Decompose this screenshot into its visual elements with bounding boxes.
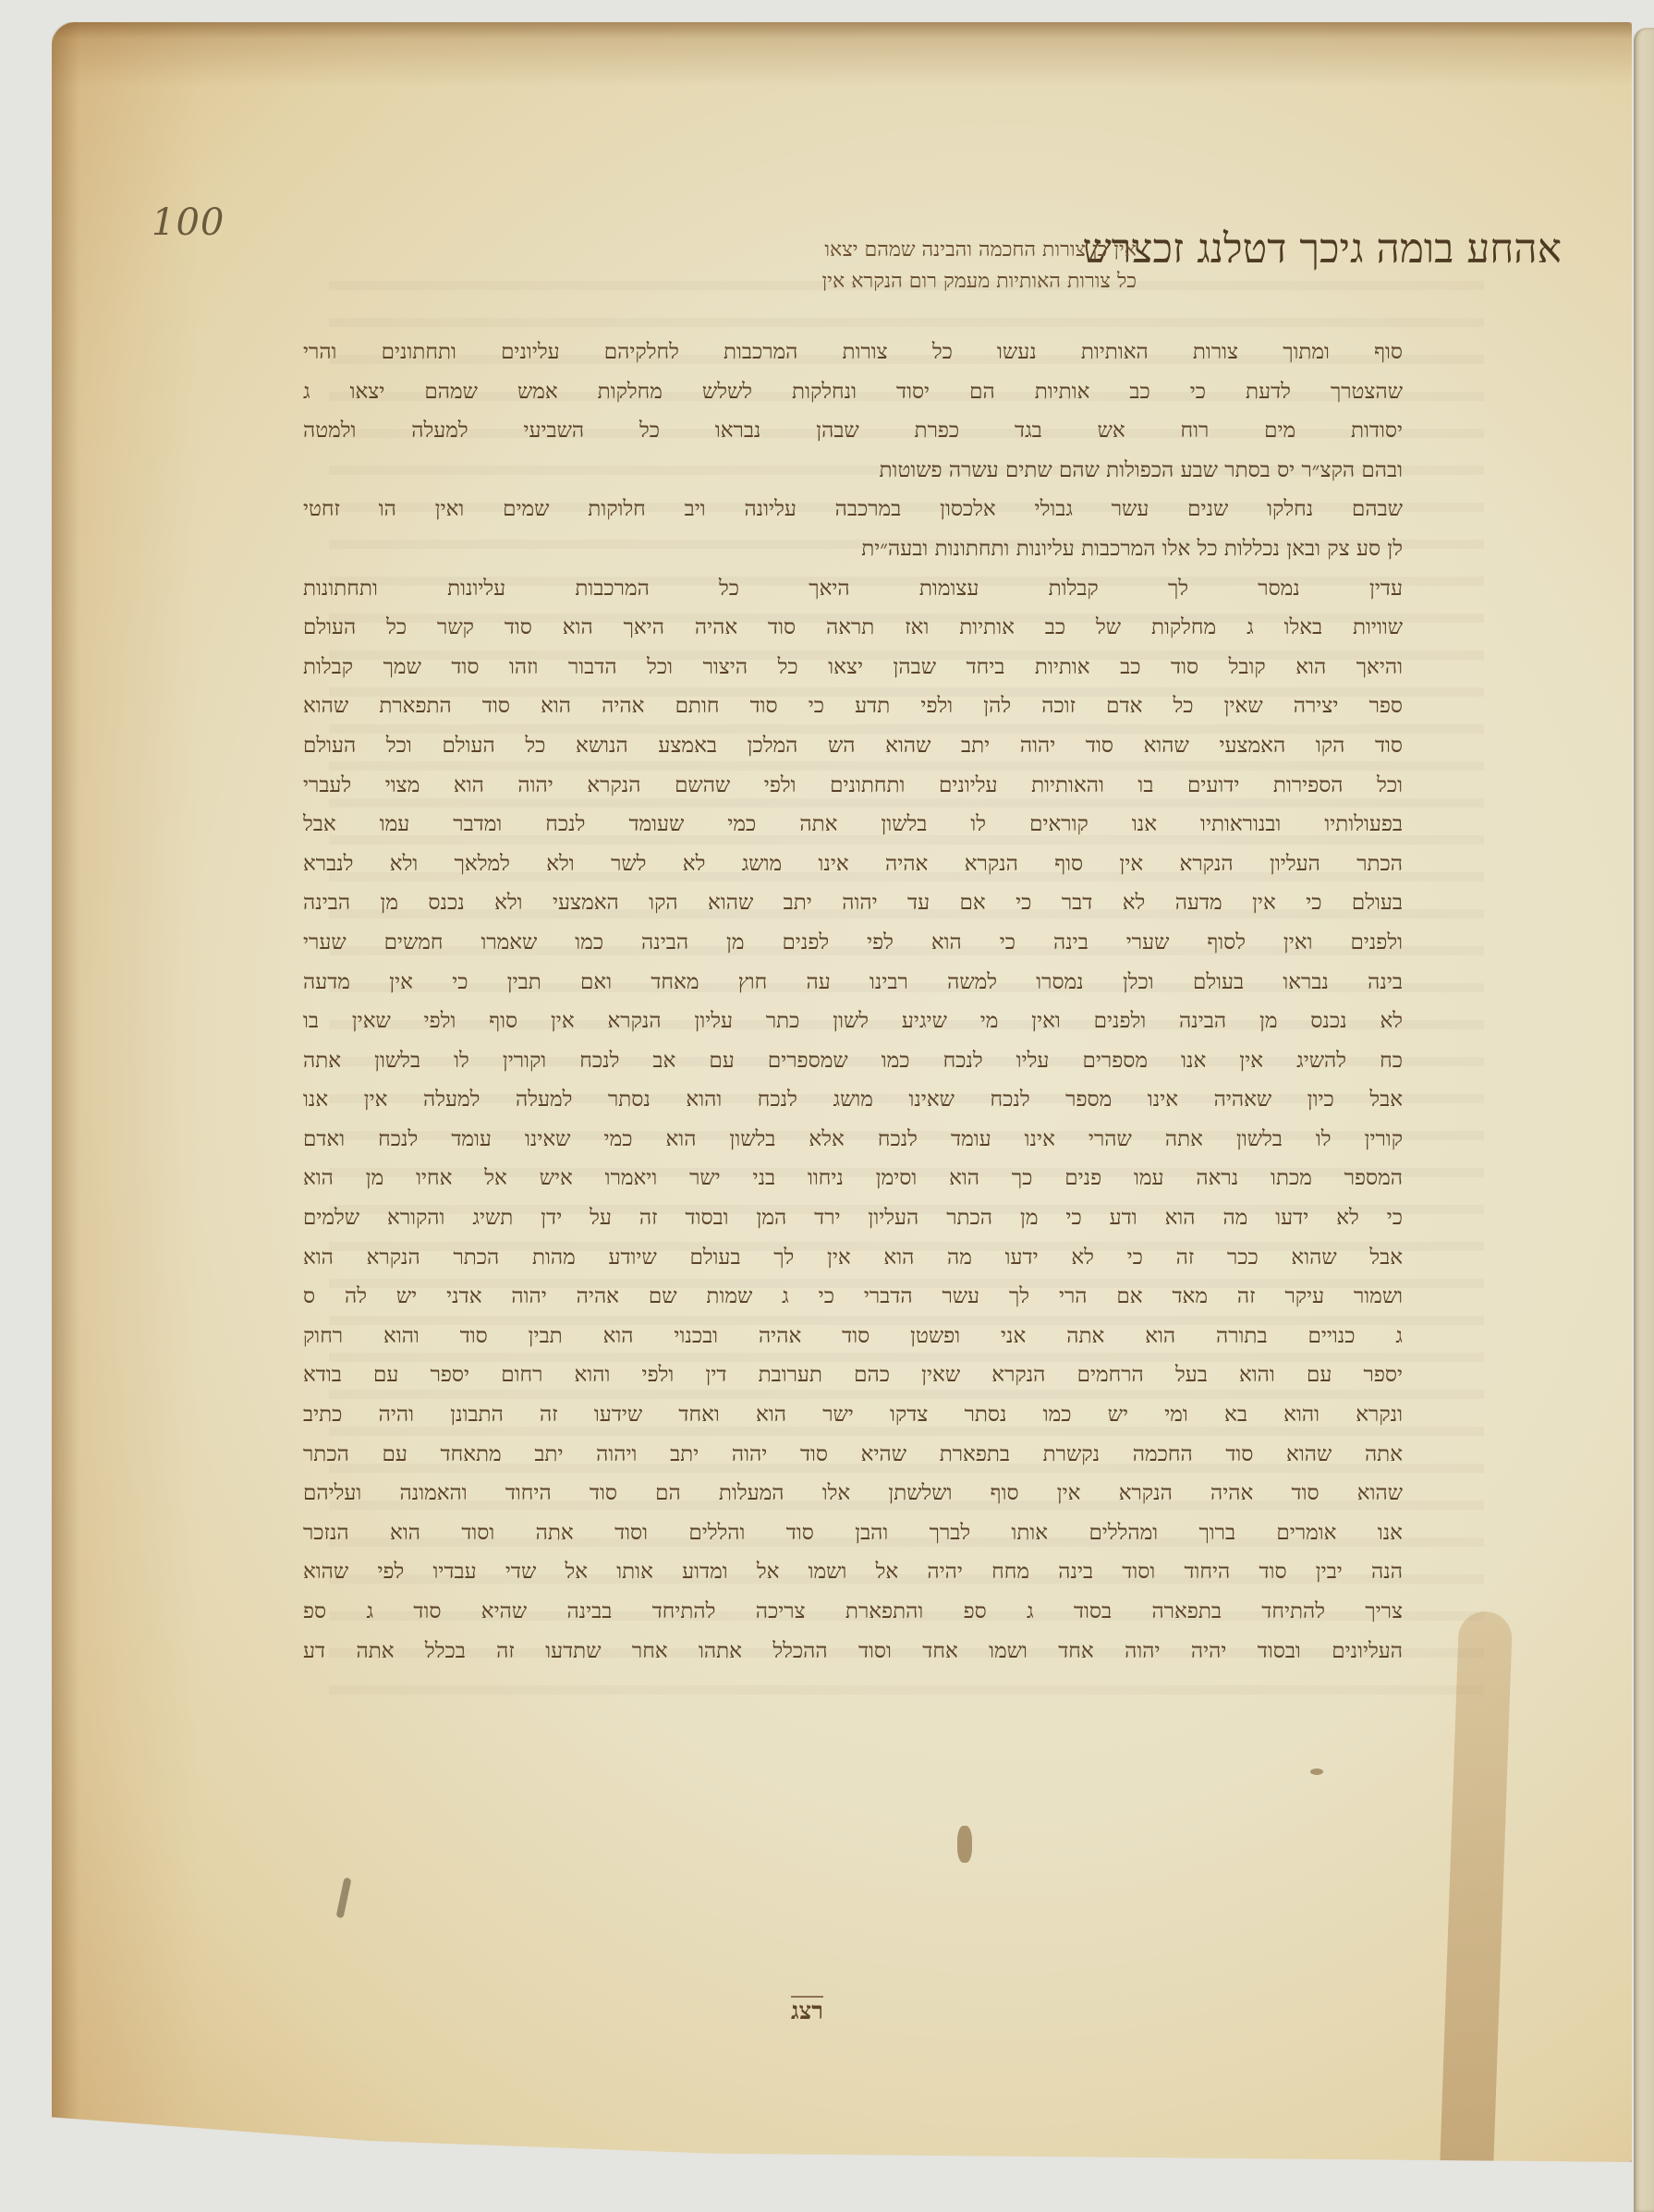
text-line: וכל הספירות ידועים בו והאותיות עליונים ו… — [303, 766, 1403, 806]
heading-row: אהחע בומה גיכך דטלנג זכצרש אין כן צורות … — [333, 222, 1636, 286]
heading-side-line: אין כן צורות החכמה והבינה שמהם יצאו — [822, 235, 1137, 266]
folio-number: 100 — [152, 201, 225, 244]
text-line: לן סע צק ובאן נכללות כל אלו המרכבות עליו… — [303, 529, 1403, 569]
text-line: ג כנויים בתורה הוא אתה אני ופשטן סוד אהי… — [303, 1317, 1403, 1356]
text-line: הכתר העליון הנקרא אין סוף הנקרא אהיה אינ… — [303, 845, 1403, 884]
text-line: אבל כיון שאהיה אינו מספר לנכח שאינו מושג… — [303, 1080, 1403, 1120]
text-line: ובהם הקצ״ר יס בסתר שבע הכפולות שהם שתים … — [303, 451, 1403, 491]
text-line: המספר מכתו נראה עמו פנים כך הוא וסימן ני… — [303, 1159, 1403, 1198]
text-line: צריך להתיחד בתפארה בסוד ג ספ והתפארת צרי… — [303, 1592, 1403, 1632]
text-line: כח להשיג אין אנו מספרים עליו לנכח כמו שמ… — [303, 1041, 1403, 1081]
main-text-block: סוף ומתוך צורות האותיות נעשו כל צורות המ… — [303, 333, 1403, 1671]
text-line: אנו אומרים ברוך ומהללים אותו לברך והבן ס… — [303, 1513, 1403, 1553]
text-line: ונקרא והוא בא ומי יש כמו נסתר צדקו ישר ה… — [303, 1395, 1403, 1435]
text-line: יסודות מים רוח אש בגד כפרת שבהן נבראו כל… — [303, 411, 1403, 451]
quire-signature: רצג — [791, 1996, 823, 2024]
text-line: יספר עם והוא בעל הרחמים הנקרא שאין כהם ת… — [303, 1355, 1403, 1395]
text-line: סוד הקו האמצעי שהוא סוד יהוה יתב שהוא הש… — [303, 726, 1403, 766]
ink-blot — [1310, 1768, 1323, 1775]
text-line: כי לא ידעו מה הוא ודע כי מן הכתר העליון … — [303, 1198, 1403, 1238]
margin-mark — [336, 1878, 352, 1919]
text-line: ושמור עיקר זה מאד אם הרי לך עשר הדברי כי… — [303, 1277, 1403, 1317]
text-line: לא נכנס מן הבינה ולפנים ואין מי שיגיע לש… — [303, 1002, 1403, 1041]
text-line: והיאך הוא קובל סוד כב אותיות ביחד שבהן י… — [303, 648, 1403, 687]
text-line: אבל שהוא ככר זה כי לא ידעו מה הוא אין לך… — [303, 1238, 1403, 1278]
text-line: ולפנים ואין לסוף שערי בינה כי הוא לפי לפ… — [303, 923, 1403, 963]
text-line: שבהם נחלקו שנים עשר גבולי אלכסון במרכבה … — [303, 490, 1403, 529]
text-line: אתה שהוא סוד החכמה נקשרת בתפארת שהיא סוד… — [303, 1435, 1403, 1475]
text-line: שהצטרך לדעת כי כב אותיות הם יסוד ונחלקות… — [303, 372, 1403, 412]
adjacent-page-edge — [1634, 28, 1654, 2212]
text-line: בעולם כי אין מדעה לא דבר כי אם עד יהוה י… — [303, 883, 1403, 923]
text-line: שוויות באלו ג מחלקות של כב אותיות ואז תר… — [303, 608, 1403, 648]
water-stain — [1439, 1610, 1513, 2162]
text-line: הנה יבין סוד היחוד וסוד בינה מחח יהיה אל… — [303, 1552, 1403, 1592]
text-line: העליונים ובסוד יהיה יהוה אחד ושמו אחד וס… — [303, 1632, 1403, 1671]
text-line: שהוא סוד אהיה הנקרא אין סוף ושלשתן אלו ה… — [303, 1474, 1403, 1513]
text-line: בינה נבראו בעולם וכלן נמסרו למשה רבינו ע… — [303, 963, 1403, 1003]
heading-side-line: כל צורות האותיות מעמק רום הנקרא אין — [822, 266, 1137, 298]
text-line: סוף ומתוך צורות האותיות נעשו כל צורות המ… — [303, 333, 1403, 372]
text-line: ספר יצירה שאין כל אדם זוכה להן ולפי תדע … — [303, 687, 1403, 726]
text-line: עדין נמסר לך קבלות עצומות היאך כל המרכבו… — [303, 569, 1403, 609]
heading-side-text: אין כן צורות החכמה והבינה שמהם יצאו כל צ… — [822, 235, 1137, 298]
heading-alphabet-permutation: אהחע בומה גיכך דטלנג זכצרש — [1083, 225, 1562, 273]
ink-blot — [957, 1826, 972, 1863]
text-line: קורין לו בלשון אתה שהרי אינו עומד לנכח א… — [303, 1120, 1403, 1160]
text-line: בפעולותיו ובנוראותיו אנו קוראים לו בלשון… — [303, 805, 1403, 845]
